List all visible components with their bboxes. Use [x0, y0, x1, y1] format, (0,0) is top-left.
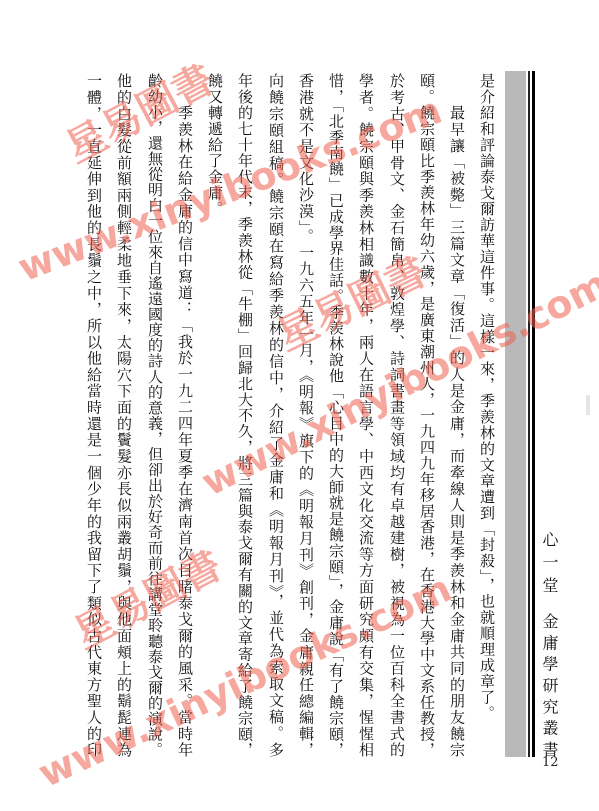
text-column-12: 齡幼小，還無從明白一位來自遙遠國度的詩人的意義，但卻出於好奇而前往講堂聆聽泰戈爾…: [146, 73, 163, 757]
text-column-9: 年後的七十年代末，季羨林從「牛棚」回歸北大不久，將三篇與泰戈爾有關的文章寄給了饒…: [236, 73, 253, 757]
text-column-14: 一體，一直延伸到他的長鬚之中，所以他給當時還是一個少年的我留下了類似古代東方聖人…: [85, 73, 102, 757]
margin-gray-bar: [505, 71, 526, 757]
page-number: 12: [542, 756, 559, 770]
text-column-6: 惜，「北季南饒」已成學界佳話。季羨林說他「心目中的大師就是饒宗頤」，金庸說「有了…: [327, 73, 344, 757]
margin-rule-thin: [528, 71, 530, 757]
margin-rule-thick: [532, 71, 535, 757]
book-page: 是介紹和評論泰戈爾訪華這件事。這樣一來，季羨林的文章遭到「封殺」，也就順理成章了…: [0, 0, 599, 811]
publisher-name: 心一堂: [541, 531, 558, 593]
text-column-7: 香港就不是文化沙漠」。一九六五年一月，《明報》旗下的《明報月刊》創刊，金庸親任總…: [297, 73, 314, 757]
text-column-1: 是介紹和評論泰戈爾訪華這件事。這樣一來，季羨林的文章遭到「封殺」，也就順理成章了…: [478, 73, 495, 757]
watermark-brand: 星易圖書: [59, 57, 221, 171]
text-column-5: 學者。饒宗頤與季羨林相識數十年，兩人在語言學、中西文化交流等方面研究頗有交集，惺…: [357, 73, 374, 757]
text-column-4: 於考古、甲骨文、金石簡帛、敦煌學、詩詞書畫等領域均有卓越建樹，被視為一位百科全書…: [388, 73, 405, 757]
watermark-url: www.xinyibooks.com: [12, 89, 447, 289]
text-column-11: 季羨林在給金庸的信中寫道：「我於一九二四年夏季在濟南首次目睹泰戈爾的風采。當時年: [176, 73, 193, 757]
faint-margin-mark: [586, 395, 590, 415]
text-column-13: 他的白髮從前額兩側輕柔地垂下來，太陽穴下面的鬢髮亦長似兩叢胡鬚，與他面頰上的鬍髭…: [115, 73, 132, 757]
text-column-2: 最早讓「被斃」三篇文章「復活」的人是金庸，而牽線人則是季羨林和金庸共同的朋友饒宗: [448, 73, 465, 757]
text-column-3: 頤。饒宗頤比季羨林年幼六歲，是廣東潮州人，一九四九年移居香港，在香港大學中文系任…: [418, 73, 435, 757]
text-column-10: 饒又轉遞給了金庸。: [206, 73, 223, 757]
text-column-8: 向饒宗頤組稿。饒宗頤在寫給季羨林的信中，介紹了金庸和《明報月刊》，並代為索取文稿…: [267, 73, 284, 757]
watermark-brand: 星易圖書: [270, 249, 433, 359]
series-title: 金庸學研究叢書: [541, 613, 558, 757]
